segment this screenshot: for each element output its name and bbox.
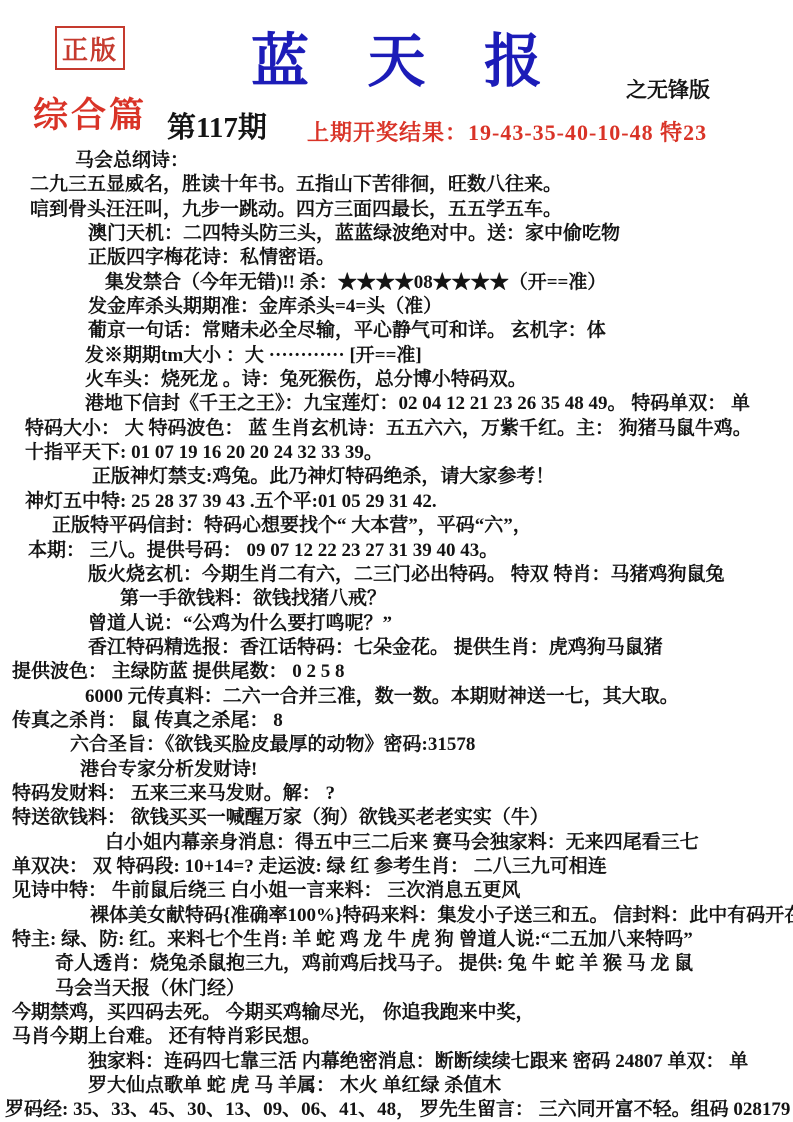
body-text: 马会总纲诗：二九三五显威名，胜读十年书。五指山下苦徘徊，旺数八往来。唁到骨头汪汪… — [0, 149, 793, 1122]
body-line: 马会当天报（休门经） — [0, 977, 793, 1001]
body-line: 发金库杀头期期准：金库杀头=4=头（准） — [0, 295, 793, 319]
body-line: 单双决： 双 特码段: 10+14=? 走运波: 绿 红 参考生肖： 二八三九可… — [0, 855, 793, 879]
body-line: 独家料：连码四七靠三活 内幕绝密消息：断断续续七跟来 密码 24807 单双： … — [0, 1050, 793, 1074]
body-line: 传真之杀肖： 鼠 传真之杀尾： 8 — [0, 709, 793, 733]
body-line: 白小姐内幕亲身消息：得五中三二后来 赛马会独家料：无来四尾看三七 — [0, 831, 793, 855]
section-title: 综合篇 — [33, 88, 147, 138]
body-line: 曾道人说：“公鸡为什么要打鸣呢？” — [0, 612, 793, 636]
body-line: 特码发财料： 五来三来马发财。解： ? — [0, 782, 793, 806]
body-line: 唁到骨头汪汪叫，九步一跳动。四方三面四最长，五五学五车。 — [0, 198, 793, 222]
newspaper-page: 正版 蓝 天 报 之无锋版 综合篇 第117期 上期开奖结果：19-43-35-… — [0, 0, 793, 1122]
body-line: 正版四字梅花诗：私情密语。 — [0, 246, 793, 270]
body-line: 马肖今期上台难。 还有特肖彩民想。 — [0, 1025, 793, 1049]
body-line: 澳门天机：二四特头防三头，蓝蓝绿波绝对中。送：家中偷吃物 — [0, 222, 793, 246]
body-line: 港台专家分析发财诗! — [0, 758, 793, 782]
body-line: 提供波色： 主绿防蓝 提供尾数： 0 2 5 8 — [0, 660, 793, 684]
body-line: 神灯五中特: 25 28 37 39 43 .五个平:01 05 29 31 4… — [0, 490, 793, 514]
body-line: 六合圣旨：《欲钱买脸皮最厚的动物》密码:31578 — [0, 733, 793, 757]
body-line: 罗码经: 35、33、45、30、13、09、06、41、48， 罗先生留言： … — [0, 1098, 793, 1122]
body-line: 马会总纲诗： — [0, 149, 793, 173]
body-line: 见诗中特： 牛前鼠后绕三 白小姐一言来料： 三次消息五更风 — [0, 879, 793, 903]
body-line: 本期： 三八。提供号码： 09 07 12 22 23 27 31 39 40 … — [0, 539, 793, 563]
body-line: 十指平天下: 01 07 19 16 20 20 24 32 33 39。 — [0, 441, 793, 465]
body-line: 奇人透肖：烧兔杀鼠抱三九，鸡前鸡后找马子。 提供: 兔 牛 蛇 羊 猴 马 龙 … — [0, 952, 793, 976]
body-line: 特主: 绿、防: 红。来料七个生肖: 羊 蛇 鸡 龙 牛 虎 狗 曾道人说:“二… — [0, 928, 793, 952]
body-line: 发※期期tm大小 ：大 ············ [开==准] — [0, 344, 793, 368]
body-line: 裸体美女献特码{准确率100%}特码来料：集发小子送三和五。 信封料：此中有码开… — [0, 904, 793, 928]
body-line: 葡京一句话：常赌未必全尽输，平心静气可和详。 玄机字：体 — [0, 319, 793, 343]
body-line: 版火烧玄机：今期生肖二有六，二三门必出特码。 特双 特肖：马猪鸡狗鼠兔 — [0, 563, 793, 587]
body-line: 正版特平码信封：特码心想要找个“ 大本营”，平码“六”， — [0, 514, 793, 538]
issue-number: 第117期 — [167, 105, 267, 146]
body-line: 二九三五显威名，胜读十年书。五指山下苦徘徊，旺数八往来。 — [0, 173, 793, 197]
body-line: 集发禁合（今年无错)!! 杀：★★★★08★★★★（开==准） — [0, 271, 793, 295]
body-line: 今期禁鸡，买四码去死。 今期买鸡输尽光， 你追我跑来中奖， — [0, 1001, 793, 1025]
body-line: 特码大小： 大 特码波色： 蓝 生肖玄机诗：五五六六，万紫千红。主： 狗猪马鼠牛… — [0, 417, 793, 441]
body-line: 第一手欲钱料：欲钱找猪八戒？ — [0, 587, 793, 611]
body-line: 6000 元传真料：二六一合并三准，数一数。本期财神送一七，其大取。 — [0, 685, 793, 709]
body-line: 特送欲钱料： 欲钱买买一喊醒万家（狗）欲钱买老老实实（牛） — [0, 806, 793, 830]
previous-draw-result: 上期开奖结果：19-43-35-40-10-48 特23 — [307, 116, 707, 147]
body-line: 香江特码精选报：香江话特码：七朵金花。 提供生肖：虎鸡狗马鼠猪 — [0, 636, 793, 660]
body-line: 火车头：烧死龙 。诗：兔死猴伤，总分博小特码双。 — [0, 368, 793, 392]
edition-label: 之无锋版 — [626, 74, 710, 104]
body-line: 港地下信封《千王之王》：九宝莲灯：02 04 12 21 23 26 35 48… — [0, 392, 793, 416]
body-line: 罗大仙点歌单 蛇 虎 马 羊属： 木火 单红绿 杀值木 — [0, 1074, 793, 1098]
body-line: 正版神灯禁支:鸡兔。此乃神灯特码绝杀，请大家参考！ — [0, 465, 793, 489]
